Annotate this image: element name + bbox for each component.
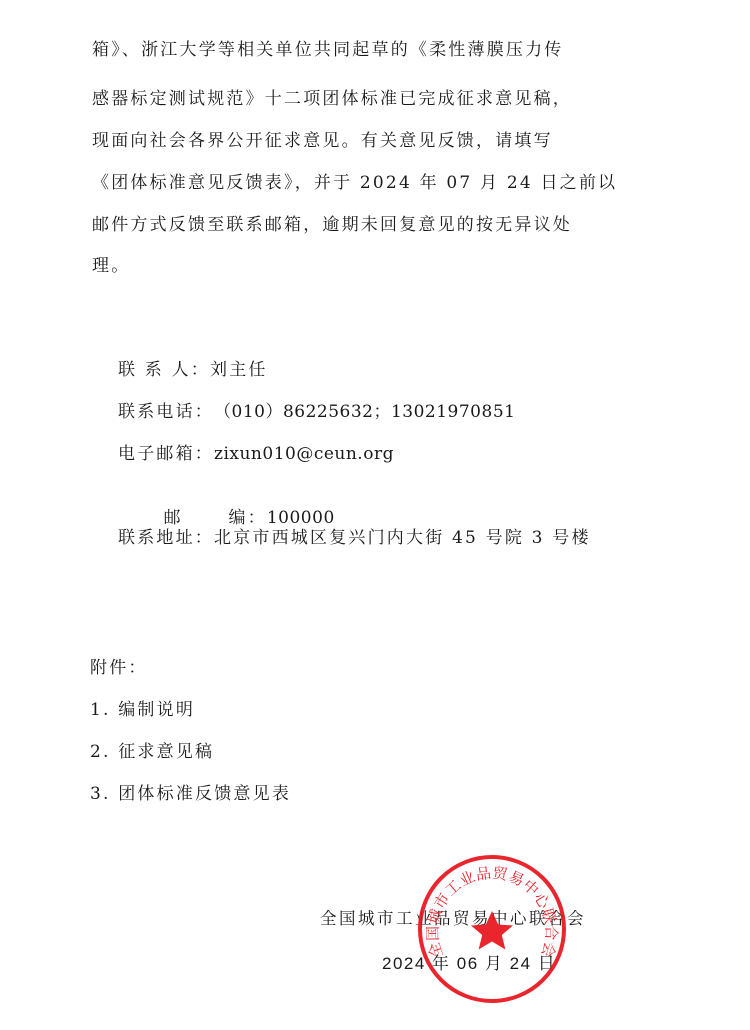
- contact-phone-value: （010）86225632；13021970851: [214, 402, 515, 422]
- attachment-item: 3. 团体标准反馈意见表: [90, 783, 291, 805]
- contact-email: 电子邮箱：zixun010@ceun.org: [118, 443, 394, 465]
- star-icon: [471, 911, 513, 950]
- attachments-heading: 附件：: [90, 657, 148, 679]
- attachment-item: 1. 编制说明: [90, 699, 195, 721]
- body-line: 箱》、浙江大学等相关单位共同起草的《柔性薄膜压力传: [92, 39, 564, 61]
- contact-postcode-value: 100000: [267, 508, 335, 528]
- contact-person-value: 刘主任: [210, 360, 268, 380]
- contact-email-value[interactable]: zixun010@ceun.org: [214, 444, 394, 464]
- contact-phone-label: 联系电话：: [118, 401, 214, 423]
- contact-address-value: 北京市西城区复兴门内大街 45 号院 3 号楼: [214, 528, 591, 548]
- document-page: 箱》、浙江大学等相关单位共同起草的《柔性薄膜压力传 感器标定测试规范》十二项团体…: [0, 0, 750, 1030]
- body-line: 邮件方式反馈至联系邮箱，逾期未回复意见的按无异议处: [92, 214, 572, 236]
- body-line: 现面向社会各界公开征求意见。有关意见反馈，请填写: [92, 130, 553, 152]
- contact-address-label: 联系地址：: [118, 527, 214, 549]
- official-seal-stamp: 全国城市工业品贸易中心联合会: [416, 853, 568, 1005]
- contact-email-label: 电子邮箱：: [118, 443, 214, 465]
- contact-postcode-label: 邮 编：: [164, 507, 267, 529]
- attachment-item: 2. 征求意见稿: [90, 741, 214, 763]
- body-line: 《团体标准意见反馈表》，并于 2024 年 07 月 24 日之前以: [92, 172, 617, 194]
- body-line: 理。: [92, 255, 130, 277]
- contact-person: 联 系 人：刘主任: [118, 359, 268, 381]
- contact-phone: 联系电话：（010）86225632；13021970851: [118, 401, 515, 423]
- contact-person-label: 联 系 人：: [118, 359, 210, 381]
- contact-address: 联系地址：北京市西城区复兴门内大街 45 号院 3 号楼: [118, 527, 591, 549]
- body-line: 感器标定测试规范》十二项团体标准已完成征求意见稿，: [92, 88, 572, 110]
